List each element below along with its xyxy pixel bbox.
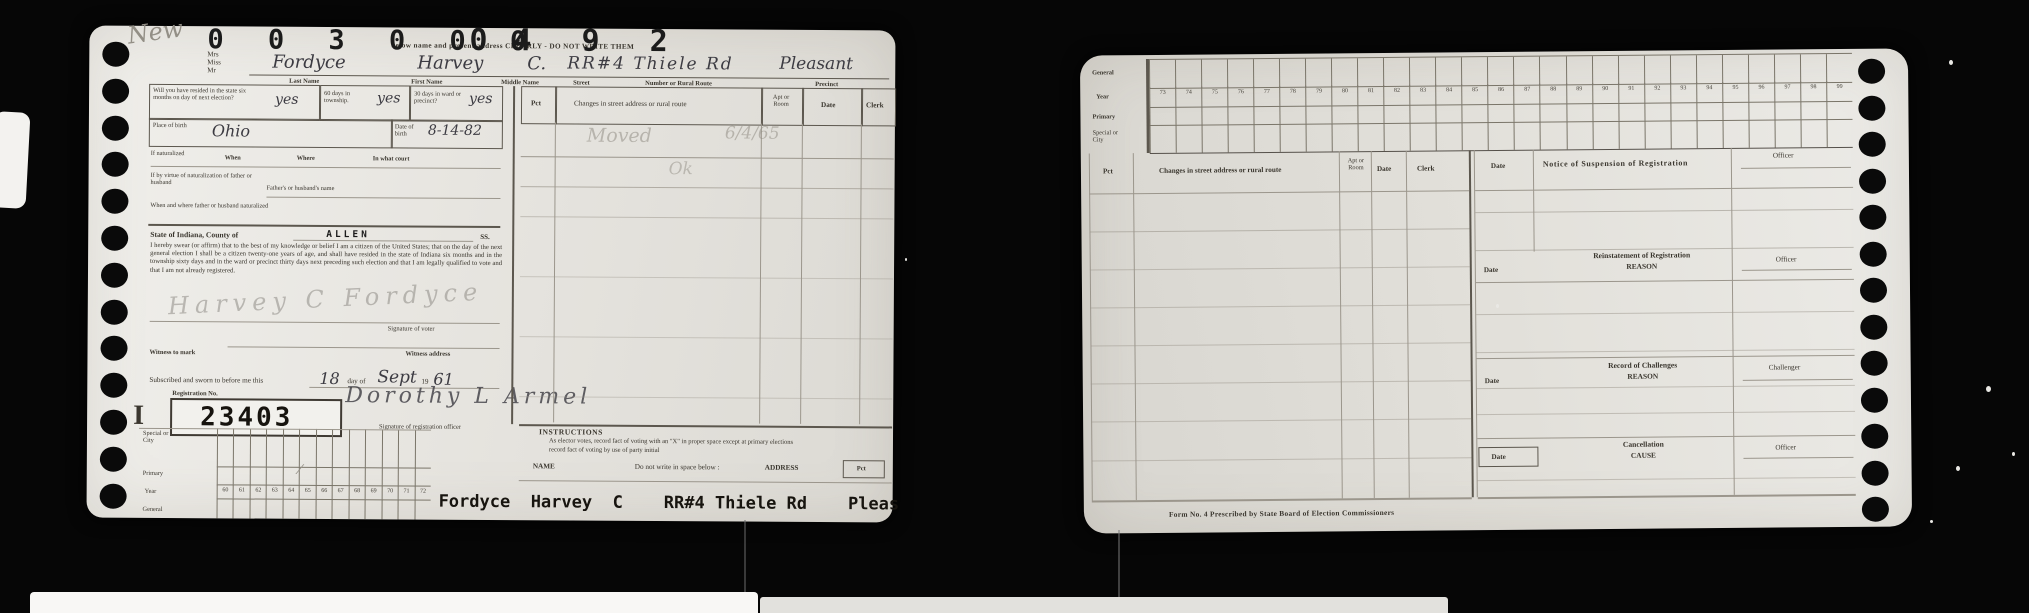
grid-cell — [1618, 103, 1644, 121]
father-underline — [266, 197, 500, 199]
residency-q-ward: 30 days in ward or precinct? — [414, 91, 466, 105]
grid-cell — [1228, 124, 1254, 152]
sworn-prefix: Subscribed and sworn to before me this — [149, 376, 263, 385]
vote-grid-back: General Year Primary Special or City 737… — [1088, 53, 1853, 154]
grid-cell — [1254, 106, 1280, 124]
back-row-general: General — [1092, 69, 1114, 76]
title-miss: Miss — [207, 58, 221, 66]
grid-cell — [250, 429, 267, 467]
year-cell: 61 — [233, 484, 250, 498]
punch-hole — [101, 262, 128, 287]
punch-hole — [102, 78, 129, 103]
residency-box-ward: 30 days in ward or precinct? yes — [410, 86, 503, 123]
county-stamp: ALLEN — [326, 229, 370, 240]
registration-no-label: Registration No. — [172, 390, 218, 398]
when-label: When — [225, 154, 241, 161]
pencil-note: New — [126, 14, 185, 49]
year-cell: 65 — [299, 485, 316, 499]
written-precinct: Pleasant — [779, 54, 853, 74]
witness-mark-label: Witness to mark — [149, 349, 195, 357]
grid-cell — [1565, 56, 1591, 84]
grid-cell — [1435, 57, 1461, 85]
grid-cell — [1800, 54, 1826, 82]
change-entry-ok: Ok — [669, 159, 693, 179]
change-entry-date: 6/4/65 — [725, 123, 780, 143]
stamp-number-left: 0 0 3 0 0 0 — [207, 24, 540, 57]
film-light-blob — [0, 111, 30, 209]
year-cell: 74 — [1175, 87, 1201, 107]
film-scratch-left — [744, 520, 746, 592]
punch-hole — [1859, 168, 1886, 193]
grid-cell — [332, 499, 349, 519]
year-cell: 64 — [282, 485, 299, 499]
grid-cell — [1410, 123, 1436, 151]
written-street: RR#4 Thiele Rd — [567, 53, 734, 74]
year-cell: 66 — [315, 485, 332, 499]
grid-cell — [1514, 122, 1540, 150]
voter-signature-underline — [150, 321, 500, 324]
reinstatement-reason-label: REASON — [1522, 261, 1762, 272]
clerk-header: Clerk — [866, 101, 884, 110]
witness-address-label: Witness address — [405, 350, 450, 358]
suspension-title: Notice of Suspension of Registration — [1543, 158, 1688, 168]
grid-cell — [332, 429, 349, 467]
grid-cell — [249, 499, 266, 519]
grid-cell — [1358, 123, 1384, 151]
grid-cell — [1826, 101, 1852, 119]
grid-cell — [1436, 122, 1462, 150]
grid-cell — [1280, 124, 1306, 152]
film-speck — [2012, 452, 2015, 456]
year-cell: 82 — [1383, 85, 1409, 105]
grid-cell — [299, 467, 316, 485]
grid-cell — [1462, 104, 1488, 122]
grid-cell — [1306, 123, 1332, 151]
punch-hole — [1862, 497, 1889, 522]
grid-cell — [414, 500, 431, 520]
grid-cell — [1176, 125, 1202, 153]
year-cell: 90 — [1592, 83, 1618, 103]
grid-cell — [1644, 55, 1670, 83]
suspension-officer-label: Officer — [1773, 151, 1794, 160]
vote-row-general: General — [143, 506, 163, 513]
grid-cell — [1513, 57, 1539, 85]
grid-cell — [1592, 121, 1618, 149]
grid-cell — [1696, 102, 1722, 120]
grid-cell — [1722, 120, 1748, 148]
when-where-naturalized-label: When and where father or husband natural… — [150, 202, 270, 210]
vote-row-special-city: Special or City — [143, 430, 173, 444]
cancellation-date-label: Date — [1491, 453, 1505, 462]
grid-cell — [1175, 60, 1201, 88]
grid-cell — [250, 467, 267, 485]
grid-cell — [348, 499, 365, 519]
grid-cell — [1800, 101, 1826, 119]
place-of-birth-value: Ohio — [212, 121, 250, 140]
year-cell: 83 — [1410, 85, 1436, 105]
year-cell: 71 — [398, 485, 415, 499]
challenges-date-label: Date — [1485, 377, 1499, 386]
date-of-birth-label: Date of birth — [395, 123, 423, 137]
punch-hole — [100, 410, 127, 435]
reinstatement-title: Reinstatement of Registration — [1522, 250, 1762, 261]
grid-cell — [398, 499, 415, 519]
grid-cell — [1175, 107, 1201, 125]
year-cell: 84 — [1436, 84, 1462, 104]
registration-card-back: General Year Primary Special or City 737… — [1080, 48, 1912, 533]
year-cell: 78 — [1279, 86, 1305, 106]
year-cell: 99 — [1826, 81, 1852, 101]
punch-hole — [1861, 424, 1888, 449]
grid-cell — [1774, 101, 1800, 119]
back-date-header: Date — [1377, 165, 1391, 174]
sworn-day: 18 — [319, 369, 339, 388]
grid-cell — [1201, 59, 1227, 87]
year-cell: 81 — [1357, 85, 1383, 105]
clerk-header-cell: Clerk — [861, 88, 896, 126]
residency-q-state: Will you have resided in the state six m… — [153, 87, 263, 102]
grid-cell — [266, 467, 283, 485]
residency-q-township: 60 days in township. — [324, 90, 376, 104]
changes-header-cell: Changes in street address or rural route — [555, 86, 763, 125]
apt-header: Apt or Room — [770, 94, 792, 108]
back-clerk-header: Clerk — [1417, 165, 1435, 174]
grid-cell — [233, 466, 250, 484]
in-what-court-label: In what court — [373, 155, 410, 162]
year-cell: 91 — [1618, 83, 1644, 103]
year-cell: 92 — [1644, 82, 1670, 102]
punch-hole — [1859, 205, 1886, 230]
virtue-naturalization-label: If by virtue of naturalization of father… — [151, 172, 256, 187]
grid-cell — [1384, 123, 1410, 151]
punch-hole — [101, 189, 128, 214]
grid-cell — [382, 429, 399, 467]
grid-cell — [1514, 104, 1540, 122]
next-frame-strip-right — [760, 597, 1448, 613]
naturalized-underline — [151, 166, 501, 169]
grid-cell — [365, 499, 382, 519]
vote-grid-front: Special or City Primary Year General 606… — [139, 428, 432, 520]
grid-cell — [316, 429, 333, 467]
pencil-tick: ⁄ — [299, 463, 301, 478]
grid-cell — [233, 428, 250, 466]
place-of-birth-box: Place of birth Ohio — [149, 118, 393, 148]
year-cell: 72 — [414, 486, 431, 500]
grid-cell — [217, 498, 234, 518]
grid-cell — [1748, 55, 1774, 83]
year-cell: 77 — [1253, 86, 1279, 106]
challenges-challenger-label: Challenger — [1769, 363, 1801, 372]
grid-cell — [398, 467, 415, 485]
grid-cell — [1384, 105, 1410, 123]
voter-signature-label: Signature of voter — [388, 325, 435, 333]
grid-cell — [365, 467, 382, 485]
grid-cell — [1436, 104, 1462, 122]
grid-cell — [1826, 54, 1852, 82]
changes-header: Changes in street address or rural route — [574, 100, 687, 109]
grid-cell — [348, 467, 365, 485]
grid-cell — [1150, 125, 1176, 153]
change-entry-text: Moved — [587, 125, 652, 147]
grid-cell — [1305, 58, 1331, 86]
challenges-reason-label: REASON — [1523, 371, 1763, 382]
film-speck — [1930, 520, 1933, 523]
grid-cell — [283, 467, 300, 485]
year-cell: 86 — [1488, 84, 1514, 104]
reinstatement-officer-label: Officer — [1776, 255, 1797, 264]
grid-cell — [1774, 119, 1800, 147]
year-cell: 73 — [1149, 87, 1175, 107]
instructions-pct-label: Pct — [857, 465, 866, 473]
grid-cell — [1566, 103, 1592, 121]
microfilm-frame: { "film": { "bg_color": "#060606", "card… — [0, 0, 2029, 613]
title-mrs: Mrs — [207, 50, 221, 58]
punch-hole — [102, 42, 129, 67]
grid-cell — [1540, 121, 1566, 149]
if-naturalized-label: If naturalized — [151, 150, 206, 157]
year-cell: 62 — [250, 485, 267, 499]
vote-cells-general — [217, 498, 431, 519]
film-scratch-right — [1118, 530, 1120, 597]
back-cells-special — [1150, 119, 1853, 154]
residency-box-state: Will you have resided in the state six m… — [149, 84, 320, 121]
year-cell: 80 — [1331, 85, 1357, 105]
grid-cell — [1644, 120, 1670, 148]
punch-hole — [102, 152, 129, 177]
grid-cell — [1591, 56, 1617, 84]
grid-cell — [1696, 120, 1722, 148]
vote-row-primary: Primary — [143, 470, 163, 477]
year-cell: 85 — [1462, 84, 1488, 104]
punch-hole — [1861, 351, 1888, 376]
county-underline — [293, 240, 473, 242]
grid-cell — [266, 499, 283, 519]
year-cell: 69 — [365, 485, 382, 499]
vote-cells-special — [217, 428, 431, 468]
grid-cell — [1227, 106, 1253, 124]
year-cell: 76 — [1227, 86, 1253, 106]
punch-hole — [101, 299, 128, 324]
punch-hole — [1860, 314, 1887, 339]
next-frame-strip-left — [30, 592, 758, 613]
year-cell: 97 — [1774, 81, 1800, 101]
title-mr: Mr — [207, 66, 221, 74]
grid-cell — [1670, 102, 1696, 120]
cancellation-officer-label: Officer — [1775, 443, 1796, 452]
year-cell: 89 — [1566, 83, 1592, 103]
name-underline — [249, 75, 889, 80]
grid-cell — [1410, 105, 1436, 123]
punch-hole — [100, 373, 127, 398]
grid-cell — [1149, 60, 1175, 88]
written-last-name: Fordyce — [272, 52, 346, 73]
title-prefixes: Mrs Miss Mr — [207, 50, 221, 74]
grid-cell — [1280, 106, 1306, 124]
instructions-body2: record fact of voting by use of party in… — [549, 446, 889, 456]
grid-cell — [1592, 103, 1618, 121]
grid-cell — [332, 467, 349, 485]
grid-cell — [1618, 56, 1644, 84]
year-cell: 70 — [381, 485, 398, 499]
back-changes-header: Changes in street address or rural route — [1159, 166, 1282, 175]
punch-hole — [100, 483, 127, 508]
punch-hole — [1858, 59, 1885, 84]
grid-cell — [1748, 120, 1774, 148]
reinstatement-date-label: Date — [1484, 266, 1498, 275]
year-cell: 87 — [1514, 84, 1540, 104]
grid-cell — [1566, 121, 1592, 149]
grid-cell — [233, 498, 250, 518]
apt-header-cell: Apt or Room — [761, 88, 804, 126]
grid-cell — [1540, 103, 1566, 121]
grid-cell — [398, 429, 415, 467]
grid-cell — [1539, 56, 1565, 84]
year-cell: 98 — [1800, 81, 1826, 101]
grid-cell — [1696, 55, 1722, 83]
back-pct-header: Pct — [1103, 167, 1113, 175]
grid-cell — [282, 499, 299, 519]
grid-cell — [1644, 102, 1670, 120]
grid-cell — [217, 428, 234, 466]
year-cell: 94 — [1696, 82, 1722, 102]
grid-cell — [381, 467, 398, 485]
year-cell: 88 — [1540, 83, 1566, 103]
cancellation-date-cell: Date — [1478, 447, 1538, 468]
grid-cell — [1462, 122, 1488, 150]
place-of-birth-label: Place of birth — [153, 122, 193, 129]
instructions-name-label: NAME — [533, 462, 555, 471]
grid-cell — [1487, 57, 1513, 85]
grid-cell — [299, 499, 316, 519]
year-cell: 63 — [266, 485, 283, 499]
grid-cell — [217, 466, 234, 484]
half-divider — [511, 86, 515, 424]
registration-card-front: New below name and present address CLEAR… — [87, 26, 896, 523]
year-cell: 93 — [1670, 82, 1696, 102]
challenges-title: Record of Challenges — [1523, 360, 1763, 371]
punch-hole — [1858, 95, 1885, 120]
instructions-note: Do not write in space below : — [635, 463, 720, 472]
film-speck — [1496, 304, 1499, 308]
year-cell: 96 — [1748, 82, 1774, 102]
punch-hole — [1859, 132, 1886, 157]
punch-hole — [1861, 460, 1888, 485]
witness-line — [228, 346, 500, 349]
film-speck — [1986, 386, 1991, 392]
grid-cell — [1488, 122, 1514, 150]
grid-cell — [381, 499, 398, 519]
pct-header: Pct — [531, 99, 541, 107]
grid-cell — [1488, 104, 1514, 122]
voter-signature: Harvey C Fordyce — [167, 278, 483, 321]
film-speck — [905, 258, 907, 261]
grid-cell — [1358, 105, 1384, 123]
grid-cell — [365, 429, 382, 467]
grid-cell — [1670, 55, 1696, 83]
pct-header-cell: Pct — [521, 86, 557, 124]
punch-hole — [100, 336, 127, 361]
oath-text: I hereby swear (or affirm) that to the b… — [150, 242, 502, 277]
grid-cell — [1383, 58, 1409, 86]
date-header: Date — [821, 101, 835, 109]
instructions-title: INSTRUCTIONS — [539, 427, 603, 436]
state-county-label: State of Indiana, County of — [150, 230, 238, 240]
written-first-name: Harvey — [417, 53, 483, 74]
grid-cell — [414, 430, 431, 468]
year-cell: 75 — [1201, 86, 1227, 106]
year-cell: 68 — [348, 485, 365, 499]
grid-cell — [283, 429, 300, 467]
grid-cell — [1149, 107, 1175, 125]
ss-label: SS. — [480, 233, 490, 241]
grid-cell — [1332, 123, 1358, 151]
instructions-address-label: ADDRESS — [765, 464, 799, 473]
year-cell: 95 — [1722, 82, 1748, 102]
year-cell: 67 — [332, 485, 349, 499]
grid-cell — [349, 429, 366, 467]
grid-cell — [1461, 57, 1487, 85]
grid-cell — [315, 499, 332, 519]
grid-cell — [1618, 121, 1644, 149]
section-divider — [148, 224, 500, 228]
residency-box-township: 60 days in township. yes — [320, 85, 410, 122]
back-row-special-city: Special or City — [1093, 129, 1123, 143]
punch-hole — [102, 115, 129, 140]
instructions-body1: As elector votes, record fact of voting … — [549, 437, 889, 447]
residency-a-state: yes — [275, 92, 298, 108]
grid-cell — [1202, 124, 1228, 152]
grid-cell — [1800, 119, 1826, 147]
grid-cell — [1722, 102, 1748, 120]
back-apt-header: Apt or Room — [1345, 157, 1367, 171]
where-label: Where — [297, 155, 315, 162]
suspension-date-header: Date — [1491, 162, 1505, 171]
date-header-cell: Date — [802, 88, 863, 126]
grid-cell — [1748, 102, 1774, 120]
punch-hole — [1860, 278, 1887, 303]
grid-cell — [316, 467, 333, 485]
film-speck — [1956, 466, 1960, 471]
form-footer: Form No. 4 Prescribed by State Board of … — [1169, 508, 1394, 519]
year-cell: 79 — [1305, 85, 1331, 105]
grid-cell — [1357, 58, 1383, 86]
residency-a-township: yes — [377, 90, 400, 106]
grid-cell — [1826, 119, 1852, 147]
date-of-birth-value: 8-14-82 — [428, 123, 482, 139]
punch-hole — [101, 226, 128, 251]
written-middle-name: C. — [527, 53, 546, 74]
vote-row-year: Year — [145, 488, 157, 495]
punch-hole — [1860, 241, 1887, 266]
father-husband-name-label: Father's or husband's name — [266, 185, 334, 192]
grid-cell — [1774, 54, 1800, 82]
grid-cell — [1279, 59, 1305, 87]
grid-cell — [414, 468, 431, 486]
punch-hole — [100, 446, 127, 471]
grid-cell — [1201, 106, 1227, 124]
back-row-primary: Primary — [1092, 113, 1115, 120]
date-of-birth-box: Date of birth 8-14-82 — [391, 119, 503, 149]
grid-cell — [299, 429, 316, 467]
grid-cell — [1227, 59, 1253, 87]
cancellation-cause-label: CAUSE — [1523, 450, 1763, 461]
back-row-year: Year — [1096, 93, 1109, 100]
grid-cell — [1670, 120, 1696, 148]
grid-cell — [1722, 55, 1748, 83]
grid-cell — [1254, 124, 1280, 152]
residency-a-ward: yes — [469, 91, 492, 107]
film-speck — [1949, 60, 1953, 65]
